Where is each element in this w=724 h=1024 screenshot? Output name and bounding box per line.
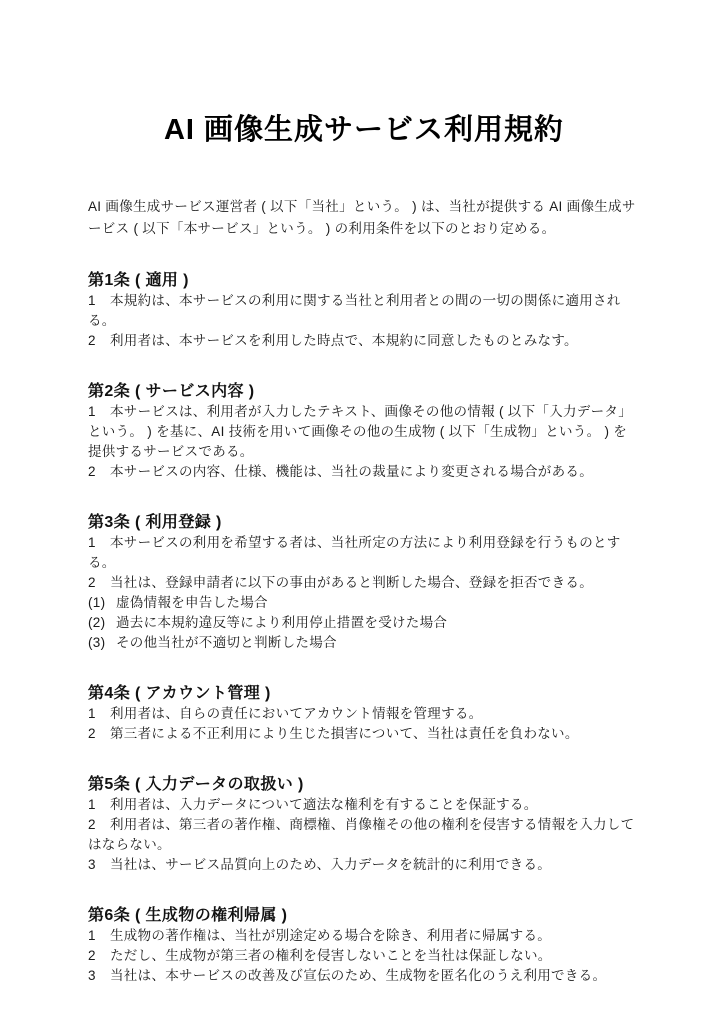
clause-item: 2利用者は、本サービスを利用した時点で、本規約に同意したものとみなす。 — [88, 331, 640, 351]
clause-text: 生成物の著作権は、当社が別途定める場合を除き、利用者に帰属する。 — [110, 928, 551, 943]
clause-list: 1生成物の著作権は、当社が別途定める場合を除き、利用者に帰属する。 2ただし、生… — [88, 926, 640, 986]
clause-text: 利用者は、自らの責任においてアカウント情報を管理する。 — [110, 706, 482, 721]
document-title: AI 画像生成サービス利用規約 — [88, 110, 640, 150]
clause-text: 利用者は、第三者の著作権、商標権、肖像権その他の権利を侵害する情報を入力してはな… — [88, 817, 634, 852]
intro-paragraph: AI 画像生成サービス運営者 ( 以下「当社」という。 ) は、当社が提供する … — [88, 196, 640, 240]
terms-section: 第6条 ( 生成物の権利帰属 ) 1生成物の著作権は、当社が別途定める場合を除き… — [88, 905, 640, 986]
clause-number: 2 — [88, 946, 110, 966]
clause-text: 本サービスの利用を希望する者は、当社所定の方法により利用登録を行うものとする。 — [88, 535, 621, 570]
clause-item: 1本サービスの利用を希望する者は、当社所定の方法により利用登録を行うものとする。 — [88, 533, 640, 573]
section-heading: 第1条 ( 適用 ) — [88, 270, 640, 291]
clause-number: 1 — [88, 533, 110, 553]
clause-item: 1本サービスは、利用者が入力したテキスト、画像その他の情報 ( 以下「入力データ… — [88, 402, 640, 462]
clause-item: 2利用者は、第三者の著作権、商標権、肖像権その他の権利を侵害する情報を入力しては… — [88, 815, 640, 855]
clause-number: (1) — [88, 593, 116, 613]
clause-text: 過去に本規約違反等により利用停止措置を受けた場合 — [116, 615, 447, 630]
section-heading: 第6条 ( 生成物の権利帰属 ) — [88, 905, 640, 926]
clause-item: 1本規約は、本サービスの利用に関する当社と利用者との間の一切の関係に適用される。 — [88, 291, 640, 331]
clause-text: 利用者は、本サービスを利用した時点で、本規約に同意したものとみなす。 — [110, 333, 578, 348]
clause-item: (1)虚偽情報を申告した場合 — [88, 593, 640, 613]
clause-text: ただし、生成物が第三者の権利を侵害しないことを当社は保証しない。 — [110, 948, 552, 963]
clause-list: 1本規約は、本サービスの利用に関する当社と利用者との間の一切の関係に適用される。… — [88, 291, 640, 351]
clause-list: 1本サービスの利用を希望する者は、当社所定の方法により利用登録を行うものとする。… — [88, 533, 640, 653]
clause-number: 2 — [88, 815, 110, 835]
clause-text: 当社は、登録申請者に以下の事由があると判断した場合、登録を拒否できる。 — [110, 575, 593, 590]
clause-text: 本規約は、本サービスの利用に関する当社と利用者との間の一切の関係に適用される。 — [88, 293, 621, 328]
section-heading: 第5条 ( 入力データの取扱い ) — [88, 774, 640, 795]
clause-number: 1 — [88, 704, 110, 724]
clause-item: (2)過去に本規約違反等により利用停止措置を受けた場合 — [88, 613, 640, 633]
clause-number: 2 — [88, 724, 110, 744]
clause-text: 第三者による不正利用により生じた損害について、当社は責任を負わない。 — [110, 726, 579, 741]
clause-item: (3)その他当社が不適切と判断した場合 — [88, 633, 640, 653]
clause-number: (3) — [88, 633, 116, 653]
terms-section: 第2条 ( サービス内容 ) 1本サービスは、利用者が入力したテキスト、画像その… — [88, 381, 640, 482]
clause-number: 1 — [88, 795, 110, 815]
clause-text: 虚偽情報を申告した場合 — [116, 595, 268, 610]
clause-number: 1 — [88, 926, 110, 946]
clause-number: 1 — [88, 291, 110, 311]
clause-number: 3 — [88, 855, 110, 875]
section-heading: 第4条 ( アカウント管理 ) — [88, 683, 640, 704]
clause-item: 1利用者は、自らの責任においてアカウント情報を管理する。 — [88, 704, 640, 724]
sections-container: 第1条 ( 適用 ) 1本規約は、本サービスの利用に関する当社と利用者との間の一… — [88, 270, 640, 986]
terms-section: 第1条 ( 適用 ) 1本規約は、本サービスの利用に関する当社と利用者との間の一… — [88, 270, 640, 351]
clause-item: 2本サービスの内容、仕様、機能は、当社の裁量により変更される場合がある。 — [88, 462, 640, 482]
clause-number: 1 — [88, 402, 110, 422]
clause-number: 2 — [88, 573, 110, 593]
clause-item: 2当社は、登録申請者に以下の事由があると判断した場合、登録を拒否できる。 — [88, 573, 640, 593]
clause-text: 本サービスは、利用者が入力したテキスト、画像その他の情報 ( 以下「入力データ」… — [88, 404, 632, 459]
terms-section: 第4条 ( アカウント管理 ) 1利用者は、自らの責任においてアカウント情報を管… — [88, 683, 640, 744]
clause-number: (2) — [88, 613, 116, 633]
clause-text: その他当社が不適切と判断した場合 — [116, 635, 337, 650]
section-heading: 第3条 ( 利用登録 ) — [88, 512, 640, 533]
clause-item: 2ただし、生成物が第三者の権利を侵害しないことを当社は保証しない。 — [88, 946, 640, 966]
clause-number: 3 — [88, 966, 110, 986]
document-page: AI 画像生成サービス利用規約 AI 画像生成サービス運営者 ( 以下「当社」と… — [0, 0, 724, 1024]
clause-item: 1利用者は、入力データについて適法な権利を有することを保証する。 — [88, 795, 640, 815]
clause-list: 1利用者は、入力データについて適法な権利を有することを保証する。 2利用者は、第… — [88, 795, 640, 875]
clause-text: 利用者は、入力データについて適法な権利を有することを保証する。 — [110, 797, 538, 812]
section-heading: 第2条 ( サービス内容 ) — [88, 381, 640, 402]
clause-item: 3当社は、本サービスの改善及び宣伝のため、生成物を匿名化のうえ利用できる。 — [88, 966, 640, 986]
clause-item: 3当社は、サービス品質向上のため、入力データを統計的に利用できる。 — [88, 855, 640, 875]
clause-number: 2 — [88, 462, 110, 482]
terms-section: 第5条 ( 入力データの取扱い ) 1利用者は、入力データについて適法な権利を有… — [88, 774, 640, 875]
clause-item: 1生成物の著作権は、当社が別途定める場合を除き、利用者に帰属する。 — [88, 926, 640, 946]
clause-number: 2 — [88, 331, 110, 351]
clause-text: 本サービスの内容、仕様、機能は、当社の裁量により変更される場合がある。 — [110, 464, 593, 479]
clause-list: 1本サービスは、利用者が入力したテキスト、画像その他の情報 ( 以下「入力データ… — [88, 402, 640, 482]
clause-list: 1利用者は、自らの責任においてアカウント情報を管理する。 2第三者による不正利用… — [88, 704, 640, 744]
clause-item: 2第三者による不正利用により生じた損害について、当社は責任を負わない。 — [88, 724, 640, 744]
clause-text: 当社は、本サービスの改善及び宣伝のため、生成物を匿名化のうえ利用できる。 — [110, 968, 606, 983]
terms-section: 第3条 ( 利用登録 ) 1本サービスの利用を希望する者は、当社所定の方法により… — [88, 512, 640, 653]
clause-text: 当社は、サービス品質向上のため、入力データを統計的に利用できる。 — [110, 857, 551, 872]
